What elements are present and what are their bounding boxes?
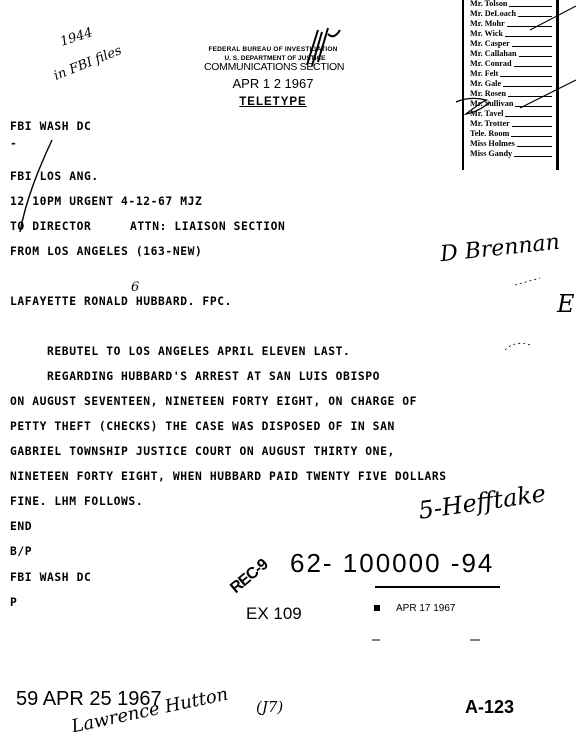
dash-line: - [10, 138, 17, 150]
teletype-label: TELETYPE [228, 96, 318, 108]
subject-line: LAFAYETTE RONALD HUBBARD. FPC. [10, 296, 232, 308]
end-line: END [10, 521, 32, 533]
stamp-date: APR 1 2 1967 [228, 76, 318, 91]
initials-mark: E [557, 290, 575, 318]
teletype-document: 1944 in FBI files FEDERAL BUREAU OF INVE… [0, 0, 577, 732]
routing-item: Mr. Tolson [470, 0, 552, 8]
body-line: PETTY THEFT (CHECKS) THE CASE WAS DISPOS… [10, 421, 395, 433]
handwritten-note-year: 1944 [58, 25, 94, 49]
bureau-stamp-line1: FEDERAL BUREAU OF INVESTIGATION [203, 46, 343, 53]
routing-item: Mr. Gale [470, 78, 552, 88]
from-line: FROM LOS ANGELES (163-NEW) [10, 246, 202, 258]
routing-item: Mr. Conrad [470, 58, 552, 68]
time-urgency-line: 12 10PM URGENT 4-12-67 MJZ [10, 196, 202, 208]
to-director: TO DIRECTOR [10, 221, 91, 233]
to-line: FBI WASH DC [10, 121, 91, 133]
ack-to-line: FBI WASH DC [10, 572, 91, 584]
from-office: FBI LOS ANG. [10, 171, 99, 183]
routing-item: Mr. Tavel [470, 108, 552, 118]
routing-item: Mr. Rosen [470, 88, 552, 98]
indexed-date-stamp: APR 17 1967 [396, 603, 456, 614]
body-line: FINE. LHM FOLLOWS. [10, 496, 143, 508]
ex-stamp: EX 109 [246, 604, 302, 624]
bureau-stamp-line3: COMMUNICATIONS SECTION [204, 61, 344, 73]
routing-item: Mr. Casper [470, 38, 552, 48]
routing-item: Mr. Sullivan [470, 98, 552, 108]
subject-mark: 6 [131, 280, 139, 295]
routing-item: Tele. Room [470, 128, 552, 138]
body-line: REGARDING HUBBARD'S ARREST AT SAN LUIS O… [47, 371, 380, 383]
attention-line: ATTN: LIAISON SECTION [130, 221, 285, 233]
signature-brennan: D Brennan [439, 230, 561, 267]
body-line: NINETEEN FORTY EIGHT, WHEN HUBBARD PAID … [10, 471, 447, 483]
handwritten-routing-5: 5-Hefftake [417, 479, 548, 525]
body-line: GABRIEL TOWNSHIP JUSTICE COURT ON AUGUST… [10, 446, 395, 458]
routing-item: Mr. Felt [470, 68, 552, 78]
routing-item: Mr. Mohr [470, 18, 552, 28]
rec-stamp: REC-9 [227, 556, 272, 597]
routing-item: Mr. Wick [470, 28, 552, 38]
routing-item: Mr. DeLoach [470, 8, 552, 18]
page-code: A-123 [465, 697, 514, 718]
body-line: REBUTEL TO LOS ANGELES APRIL ELEVEN LAST… [47, 346, 350, 358]
routing-list: Mr. Tolson Mr. DeLoach Mr. Mohr Mr. Wick… [462, 0, 559, 170]
file-number: 62- 100000 -94 [290, 548, 494, 579]
routing-item: Mr. Callahan [470, 48, 552, 58]
bottom-initials: (J7) [256, 698, 283, 716]
body-line: ON AUGUST SEVENTEEN, NINETEEN FORTY EIGH… [10, 396, 417, 408]
bp-line: B/P [10, 546, 32, 558]
ack-p-line: P [10, 597, 17, 609]
routing-item: Mr. Trotter [470, 118, 552, 128]
routing-item: Miss Holmes [470, 138, 552, 148]
routing-item: Miss Gandy [470, 148, 552, 158]
